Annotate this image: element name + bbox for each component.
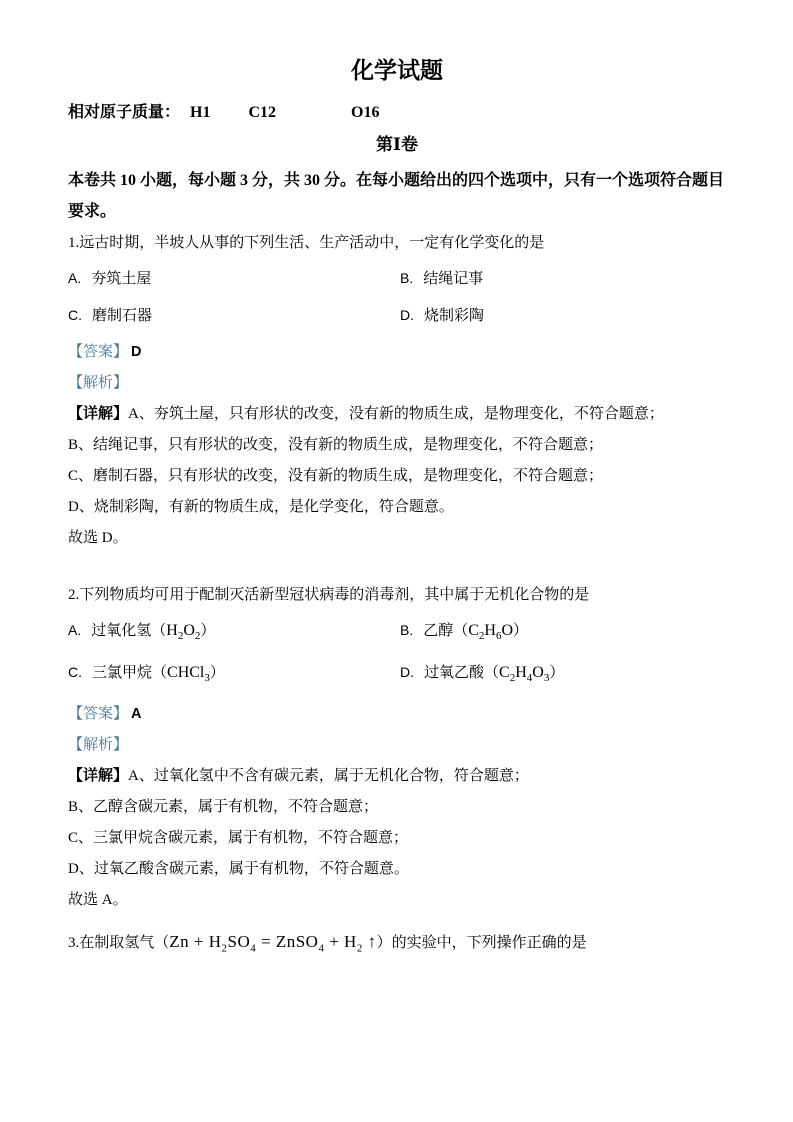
option-text: 过氧化氢（: [91, 623, 166, 639]
option-letter: B.: [400, 622, 413, 638]
option-text: 乙醇（: [423, 623, 468, 639]
detail-label: 【详解】: [68, 406, 128, 422]
option-a: A.过氧化氢（H2O2）: [68, 621, 400, 646]
option-letter: D.: [400, 664, 414, 680]
answer-line: 【答案】A: [68, 705, 726, 724]
option-text: 夯筑土屋: [91, 271, 151, 287]
answer-value: D: [131, 344, 141, 360]
analysis-line: 【解析】: [68, 374, 726, 393]
atomic-mass-h: H1: [190, 104, 210, 121]
page-title: 化学试题: [68, 56, 726, 86]
detail-label: 【详解】: [68, 768, 128, 784]
atomic-mass-line: 相对原子质量：H1C12O16: [68, 103, 726, 123]
question-spacer: [68, 560, 726, 586]
option-text-close: ）: [200, 623, 215, 639]
detail-line: B、乙醇含碳元素，属于有机物，不符合题意；: [68, 798, 726, 817]
option-text-close: ）: [210, 665, 225, 681]
analysis-label: 【解析】: [68, 375, 128, 391]
option-d: D.烧制彩陶: [400, 306, 726, 326]
option-letter: A.: [68, 622, 81, 638]
detail-line: 【详解】A、过氧化氢中不含有碳元素，属于无机化合物，符合题意；: [68, 767, 726, 786]
question-block-1: 1.远古时期，半坡人从事的下列生活、生产活动中，一定有化学变化的是 A.夯筑土屋…: [68, 234, 726, 548]
stem-text: ）的实验中，下列操作正确的是: [377, 935, 587, 951]
chem-formula: C2H4O3: [499, 664, 549, 681]
option-text-close: ）: [549, 665, 564, 681]
atomic-mass-o: O16: [351, 104, 379, 121]
stem-text: 3.在制取氢气（: [68, 935, 169, 951]
answer-label: 【答案】: [68, 706, 128, 722]
section-title: 第Ⅰ卷: [68, 134, 726, 156]
atomic-mass-label: 相对原子质量：: [68, 104, 180, 121]
option-a: A.夯筑土屋: [68, 269, 400, 289]
option-b: B.乙醇（C2H6O）: [400, 621, 726, 646]
detail-text: A、过氧化氢中不含有碳元素，属于无机化合物，符合题意；: [128, 768, 529, 784]
chem-formula: C2H6O: [468, 622, 513, 639]
detail-line: C、三氯甲烷含碳元素，属于有机物，不符合题意；: [68, 829, 726, 848]
detail-text: A、夯筑土屋，只有形状的改变，没有新的物质生成，是物理变化，不符合题意；: [128, 406, 664, 422]
question-spacer: [68, 922, 726, 932]
detail-line: D、过氧乙酸含碳元素，属于有机物，不符合题意。: [68, 860, 726, 879]
option-text: 三氯甲烷（: [92, 665, 167, 681]
option-text: 烧制彩陶: [424, 308, 484, 324]
chem-formula: CHCl3: [167, 664, 210, 681]
exam-instructions: 本卷共 10 小题，每小题 3 分，共 30 分。在每小题给出的四个选项中，只有…: [68, 165, 726, 227]
option-letter: D.: [400, 307, 414, 323]
option-b: B.结绳记事: [400, 269, 726, 289]
detail-line: 【详解】A、夯筑土屋，只有形状的改变，没有新的物质生成，是物理变化，不符合题意；: [68, 405, 726, 424]
conclusion-line: 故选 D。: [68, 529, 726, 548]
option-row: C.三氯甲烷（CHCl3） D.过氧乙酸（C2H4O3）: [68, 663, 726, 688]
option-letter: A.: [68, 270, 81, 286]
conclusion-line: 故选 A。: [68, 891, 726, 910]
option-d: D.过氧乙酸（C2H4O3）: [400, 663, 726, 688]
analysis-label: 【解析】: [68, 737, 128, 753]
option-text: 过氧乙酸（: [424, 665, 499, 681]
option-letter: C.: [68, 664, 82, 680]
answer-line: 【答案】D: [68, 343, 726, 362]
detail-line: B、结绳记事，只有形状的改变，没有新的物质生成，是物理变化，不符合题意；: [68, 436, 726, 455]
option-letter: C.: [68, 307, 82, 323]
option-c: C.磨制石器: [68, 306, 400, 326]
analysis-line: 【解析】: [68, 736, 726, 755]
option-row: C.磨制石器 D.烧制彩陶: [68, 306, 726, 326]
answer-value: A: [131, 706, 141, 722]
question-block-3: 3.在制取氢气（Zn + H2SO4 = ZnSO4 + H2 ↑）的实验中，下…: [68, 932, 726, 958]
answer-label: 【答案】: [68, 344, 128, 360]
question-stem: 3.在制取氢气（Zn + H2SO4 = ZnSO4 + H2 ↑）的实验中，下…: [68, 932, 726, 958]
detail-line: C、磨制石器，只有形状的改变，没有新的物质生成，是物理变化，不符合题意；: [68, 467, 726, 486]
question-stem: 2.下列物质均可用于配制灭活新型冠状病毒的消毒剂，其中属于无机化合物的是: [68, 586, 726, 605]
option-text-close: ）: [513, 623, 528, 639]
chem-equation: Zn + H2SO4 = ZnSO4 + H2 ↑: [169, 932, 376, 951]
question-block-2: 2.下列物质均可用于配制灭活新型冠状病毒的消毒剂，其中属于无机化合物的是 A.过…: [68, 586, 726, 910]
detail-line: D、烧制彩陶，有新的物质生成，是化学变化，符合题意。: [68, 498, 726, 517]
option-row: A.过氧化氢（H2O2） B.乙醇（C2H6O）: [68, 621, 726, 646]
exam-page: 化学试题 相对原子质量：H1C12O16 第Ⅰ卷 本卷共 10 小题，每小题 3…: [0, 0, 793, 959]
option-letter: B.: [400, 270, 413, 286]
option-text: 结绳记事: [423, 271, 483, 287]
atomic-mass-c: C12: [248, 104, 276, 121]
chem-formula: H2O2: [166, 622, 200, 639]
option-text: 磨制石器: [92, 308, 152, 324]
question-stem: 1.远古时期，半坡人从事的下列生活、生产活动中，一定有化学变化的是: [68, 234, 726, 253]
option-row: A.夯筑土屋 B.结绳记事: [68, 269, 726, 289]
option-c: C.三氯甲烷（CHCl3）: [68, 663, 400, 688]
